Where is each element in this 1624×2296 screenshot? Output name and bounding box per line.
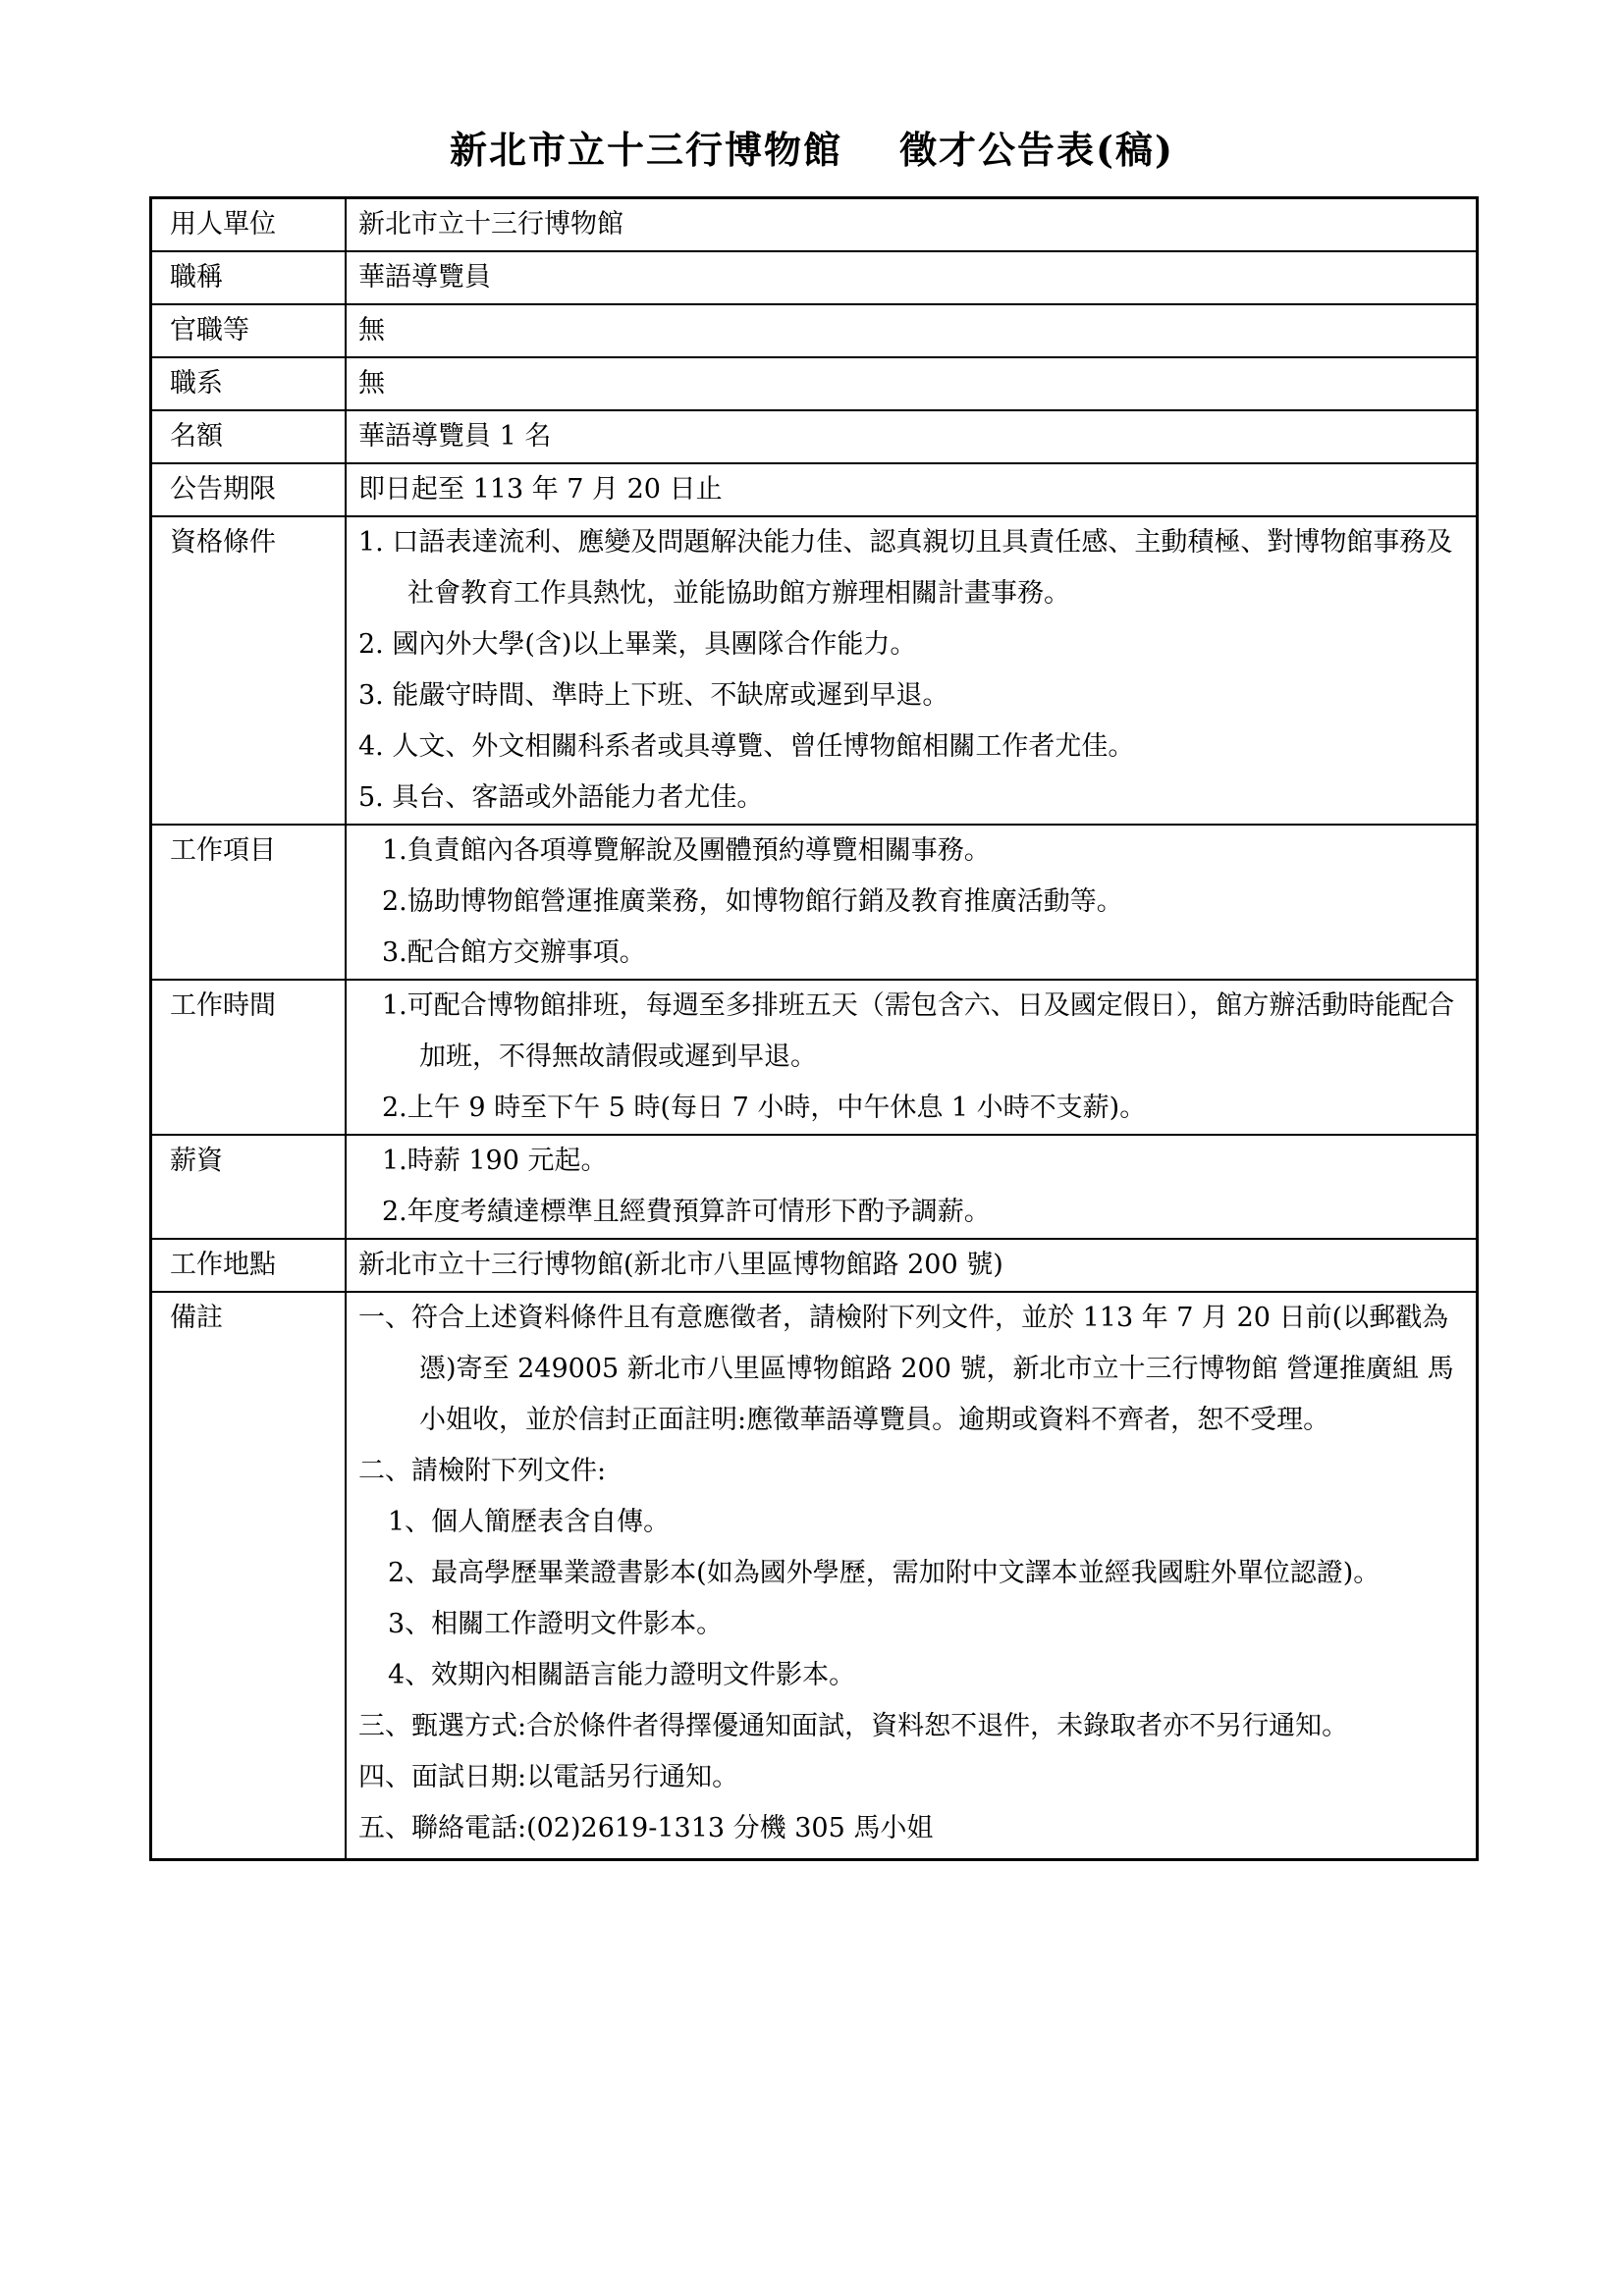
qualification-item: 4. 人文、外文相關科系者或具導覽、曾任博物館相關工作者尤佳。 xyxy=(358,721,1464,773)
recruitment-table: 用人單位 新北市立十三行博物館 職稱 華語導覽員 官職等 無 職系 無 名額 華… xyxy=(149,196,1479,1861)
qualification-item: 2. 國內外大學(含)以上畢業，具團隊合作能力。 xyxy=(358,619,1464,670)
row-qualifications: 資格條件 1. 口語表達流利、應變及問題解決能力佳、認真親切且具責任感、主動積極… xyxy=(151,516,1478,825)
row-position: 職稱 華語導覽員 xyxy=(151,251,1478,304)
document-title: 新北市立十三行博物館徵才公告表(稿) xyxy=(0,120,1624,174)
salary-item: 1.時薪 190 元起。 xyxy=(358,1136,1464,1187)
label-notes: 備註 xyxy=(151,1292,347,1860)
label-salary: 薪資 xyxy=(151,1135,347,1239)
row-period: 公告期限 即日起至 113 年 7 月 20 日止 xyxy=(151,463,1478,516)
value-position: 華語導覽員 xyxy=(346,251,1478,304)
row-location: 工作地點 新北市立十三行博物館(新北市八里區博物館路 200 號) xyxy=(151,1239,1478,1292)
qualification-item: 1. 口語表達流利、應變及問題解決能力佳、認真親切且具責任感、主動積極、對博物館… xyxy=(358,517,1464,619)
label-series: 職系 xyxy=(151,357,347,410)
label-location: 工作地點 xyxy=(151,1239,347,1292)
label-qualifications: 資格條件 xyxy=(151,516,347,825)
doc-item: 4、效期內相關語言能力證明文件影本。 xyxy=(358,1650,1464,1701)
value-period: 即日起至 113 年 7 月 20 日止 xyxy=(346,463,1478,516)
value-unit: 新北市立十三行博物館 xyxy=(346,198,1478,252)
doc-item: 2、最高學歷畢業證書影本(如為國外學歷，需加附中文譯本並經我國駐外單位認證)。 xyxy=(358,1548,1464,1599)
qualification-item: 5. 具台、客語或外語能力者尤佳。 xyxy=(358,773,1464,824)
label-hours: 工作時間 xyxy=(151,980,347,1135)
label-grade: 官職等 xyxy=(151,304,347,357)
row-unit: 用人單位 新北市立十三行博物館 xyxy=(151,198,1478,252)
doc-item: 1、個人簡歷表含自傳。 xyxy=(358,1497,1464,1548)
value-duties: 1.負責館內各項導覽解說及團體預約導覽相關事務。 2.協助博物館營運推廣業務，如… xyxy=(346,825,1478,980)
note-item-3: 三、甄選方式:合於條件者得擇優通知面試，資料恕不退件，未錄取者亦不另行通知。 xyxy=(358,1701,1464,1752)
hours-item: 1.可配合博物館排班，每週至多排班五天（需包含六、日及國定假日），館方辦活動時能… xyxy=(358,981,1464,1083)
value-qualifications: 1. 口語表達流利、應變及問題解決能力佳、認真親切且具責任感、主動積極、對博物館… xyxy=(346,516,1478,825)
row-grade: 官職等 無 xyxy=(151,304,1478,357)
duty-item: 3.配合館方交辦事項。 xyxy=(358,928,1464,979)
title-org: 新北市立十三行博物館 xyxy=(450,128,842,172)
salary-item: 2.年度考績達標準且經費預算許可情形下酌予調薪。 xyxy=(358,1187,1464,1238)
value-series: 無 xyxy=(346,357,1478,410)
note-item-2: 二、請檢附下列文件: xyxy=(358,1446,1464,1497)
value-salary: 1.時薪 190 元起。 2.年度考績達標準且經費預算許可情形下酌予調薪。 xyxy=(346,1135,1478,1239)
row-hours: 工作時間 1.可配合博物館排班，每週至多排班五天（需包含六、日及國定假日），館方… xyxy=(151,980,1478,1135)
title-doc: 徵才公告表(稿) xyxy=(899,128,1174,172)
value-hours: 1.可配合博物館排班，每週至多排班五天（需包含六、日及國定假日），館方辦活動時能… xyxy=(346,980,1478,1135)
value-quota: 華語導覽員 1 名 xyxy=(346,410,1478,463)
qualification-item: 3. 能嚴守時間、準時上下班、不缺席或遲到早退。 xyxy=(358,670,1464,721)
hours-item: 2.上午 9 時至下午 5 時(每日 7 小時，中午休息 1 小時不支薪)。 xyxy=(358,1083,1464,1134)
value-notes: 一、符合上述資料條件且有意應徵者，請檢附下列文件，並於 113 年 7 月 20… xyxy=(346,1292,1478,1860)
label-period: 公告期限 xyxy=(151,463,347,516)
label-quota: 名額 xyxy=(151,410,347,463)
note-item-4: 四、面試日期:以電話另行通知。 xyxy=(358,1752,1464,1803)
value-grade: 無 xyxy=(346,304,1478,357)
note-item-5: 五、聯絡電話:(02)2619-1313 分機 305 馬小姐 xyxy=(358,1803,1464,1854)
doc-item: 3、相關工作證明文件影本。 xyxy=(358,1599,1464,1650)
label-position: 職稱 xyxy=(151,251,347,304)
label-duties: 工作項目 xyxy=(151,825,347,980)
note-item-1: 一、符合上述資料條件且有意應徵者，請檢附下列文件，並於 113 年 7 月 20… xyxy=(358,1293,1464,1446)
value-location: 新北市立十三行博物館(新北市八里區博物館路 200 號) xyxy=(346,1239,1478,1292)
row-duties: 工作項目 1.負責館內各項導覽解說及團體預約導覽相關事務。 2.協助博物館營運推… xyxy=(151,825,1478,980)
label-unit: 用人單位 xyxy=(151,198,347,252)
row-series: 職系 無 xyxy=(151,357,1478,410)
row-salary: 薪資 1.時薪 190 元起。 2.年度考績達標準且經費預算許可情形下酌予調薪。 xyxy=(151,1135,1478,1239)
row-quota: 名額 華語導覽員 1 名 xyxy=(151,410,1478,463)
duty-item: 2.協助博物館營運推廣業務，如博物館行銷及教育推廣活動等。 xyxy=(358,877,1464,928)
duty-item: 1.負責館內各項導覽解說及團體預約導覽相關事務。 xyxy=(358,826,1464,877)
row-notes: 備註 一、符合上述資料條件且有意應徵者，請檢附下列文件，並於 113 年 7 月… xyxy=(151,1292,1478,1860)
